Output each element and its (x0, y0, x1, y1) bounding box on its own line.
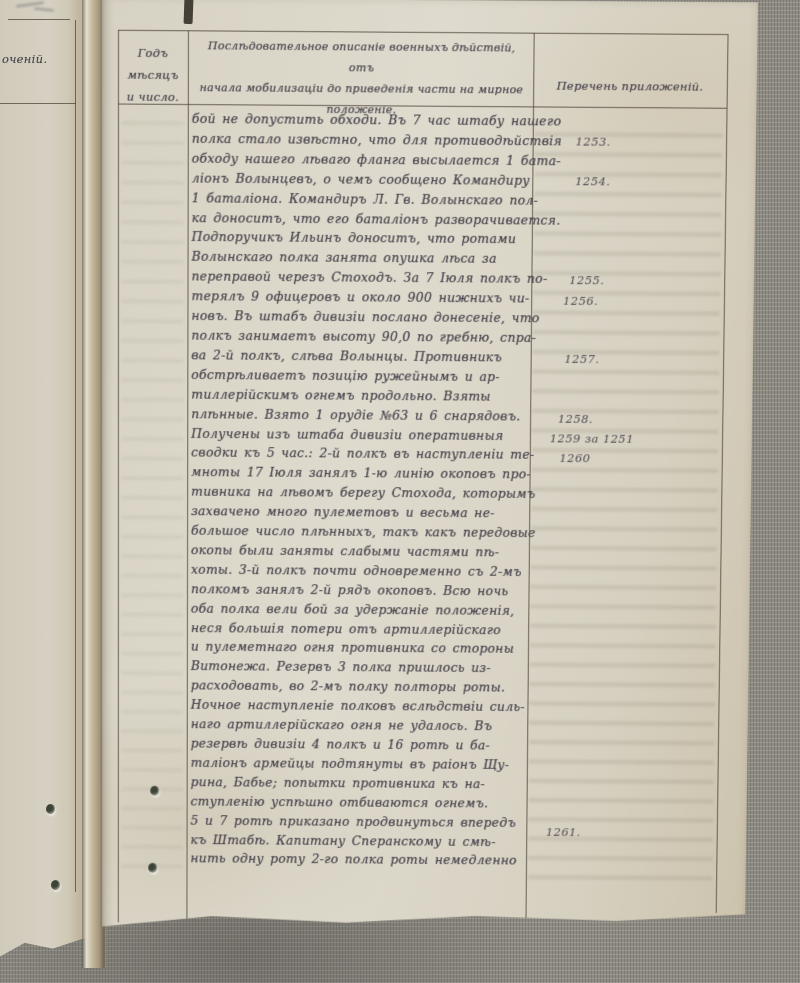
journal-entry-line: ступленію успѣшно отбиваются огнемъ. (191, 792, 525, 813)
wormhole (150, 786, 159, 796)
photo-scene: оченій. Годъмѣсяцъи число. Послѣдователь… (0, 0, 800, 983)
journal-entry-line: хоты. 3-й полкъ почти одновременно съ 2-… (191, 560, 527, 582)
wormhole (46, 804, 55, 814)
description-header-line: Послѣдовательное описаніе военныхъ дѣйст… (194, 35, 530, 79)
journal-entry-text: бой не допустить обходи. Въ 7 час штабу … (190, 109, 531, 871)
journal-entry-line: новъ. Въ штабъ дивизіи послано донесеніе… (191, 306, 529, 328)
journal-entry-line: 5 и 7 ротѣ приказано продвинуться вперед… (191, 811, 525, 832)
facing-page-header-fragment: оченій. (2, 52, 72, 66)
date-column-header: Годъмѣсяцъи число. (120, 42, 186, 108)
journal-entry-line: Волынскаго полка занята опушка лѣса за (192, 247, 530, 269)
facing-page-header-rule (0, 103, 76, 104)
journal-entry-line: таліонъ армейцы подтянуты въ раіонъ Щу- (191, 753, 525, 775)
journal-entry-line: ва 2-й полкъ, слѣва Волынцы. Противникъ (191, 345, 528, 367)
date-column-divider (186, 30, 189, 922)
facing-page-edge: оченій. (0, 0, 88, 972)
journal-entry-line: 1 баталіона. Командиръ Л. Гв. Волынскаго… (192, 188, 531, 210)
journal-entry-line: полкомъ занялъ 2-й рядъ окоповъ. Всю ноч… (191, 579, 527, 601)
facing-page-top-rule (8, 19, 70, 20)
journal-entry-line: терялъ 9 офицеровъ и около 900 нижнихъ ч… (191, 287, 529, 309)
ink-bleed-through (528, 118, 723, 891)
journal-entry-line: большое число плѣнныхъ, такъ какъ передо… (191, 521, 527, 543)
journal-entry-line: Ночное наступленіе полковъ вслѣдствіи си… (191, 695, 526, 717)
appendix-column-header: Перечень приложеній. (537, 79, 723, 94)
table-top-border (118, 30, 728, 35)
journal-entry-line: тиллерійскимъ огнемъ продольно. Взяты (191, 385, 528, 407)
facing-page-column-rule (75, 20, 76, 892)
journal-entry-line: бой не допустить обходи. Въ 7 час штабу … (192, 109, 531, 131)
journal-entry-line: рина, Бабье; попытки противника къ на- (191, 772, 525, 794)
journal-entry-line: Получены изъ штаба дивизіи оперативныя (191, 424, 528, 446)
journal-entry-line: переправой черезъ Стоходъ. За 7 Іюля пол… (191, 267, 529, 289)
journal-entry-line: тивника на лѣвомъ берегу Стохода, которы… (191, 482, 527, 504)
journal-entry-line: мноты 17 Іюля занялъ 1-ю линію окоповъ п… (191, 463, 528, 485)
journal-entry-line: расходовать, во 2-мъ полку полторы роты. (191, 676, 526, 698)
journal-entry-line: обходу нашего лѣваго фланга высылается 1… (192, 149, 531, 171)
journal-entry-line: захвачено много пулеметовъ и весьма не- (191, 502, 527, 524)
journal-entry-line: неся большія потери отъ артиллерійскаго (191, 618, 526, 640)
journal-page: Годъмѣсяцъи число. Послѣдовательное опис… (102, 0, 758, 944)
journal-entry-line: и пулеметнаго огня противника со стороны (191, 637, 526, 659)
wormhole (51, 880, 60, 890)
journal-entry-line: окопы были заняты слабыми частями пѣ- (191, 540, 527, 562)
journal-entry-line: наго артиллерійскаго огня не удалось. Въ (191, 715, 526, 737)
date-header-line: и число. (120, 86, 186, 108)
pencil-smudge (34, 7, 54, 12)
appendix-numbers: 1253.1254.1255.1256.1257.1258.1259 за 12… (102, 0, 758, 2)
journal-entry-line: ка доноситъ, что его баталіонъ разворачи… (192, 208, 530, 230)
journal-entry-line: къ Штабѣ. Капитану Сперанскому и смѣ- (190, 830, 524, 851)
date-header-line: мѣсяцъ (120, 64, 186, 86)
date-header-line: Годъ (120, 42, 186, 64)
journal-entry-line: сводки къ 5 час.: 2-й полкъ въ наступлен… (191, 443, 528, 465)
description-header-line: начала мобилизаціи до приведенія части н… (194, 77, 529, 100)
wormhole (148, 863, 157, 873)
bookmark-sliver (184, 0, 194, 24)
journal-entry-line: Витонежа. Резервъ 3 полка пришлось из- (191, 657, 526, 679)
ink-bleed-through (122, 117, 184, 880)
table-left-border (118, 30, 119, 923)
journal-entry-line: обстрѣливаетъ позицію ружейнымъ и ар- (191, 365, 528, 387)
journal-entry-line: полка стало извѣстно, что для противодѣй… (192, 129, 531, 151)
journal-entry-line: нить одну роту 2-го полка роты немедленн… (190, 849, 524, 870)
journal-entry-line: полкъ занимаетъ высоту 90,0 по гребню, с… (191, 326, 529, 348)
journal-entry-line: оба полка вели бой за удержаніе положені… (191, 599, 527, 621)
journal-entry-line: ліонъ Волынцевъ, о чемъ сообщено Команди… (192, 168, 531, 190)
journal-entry-line: плѣнные. Взято 1 орудіе №63 и 6 снарядов… (191, 404, 528, 426)
journal-entry-line: резервѣ дивизіи 4 полкъ и 16 ротѣ и ба- (191, 734, 526, 756)
journal-entry-line: Подпоручикъ Ильинъ доноситъ, что ротами (192, 227, 530, 249)
